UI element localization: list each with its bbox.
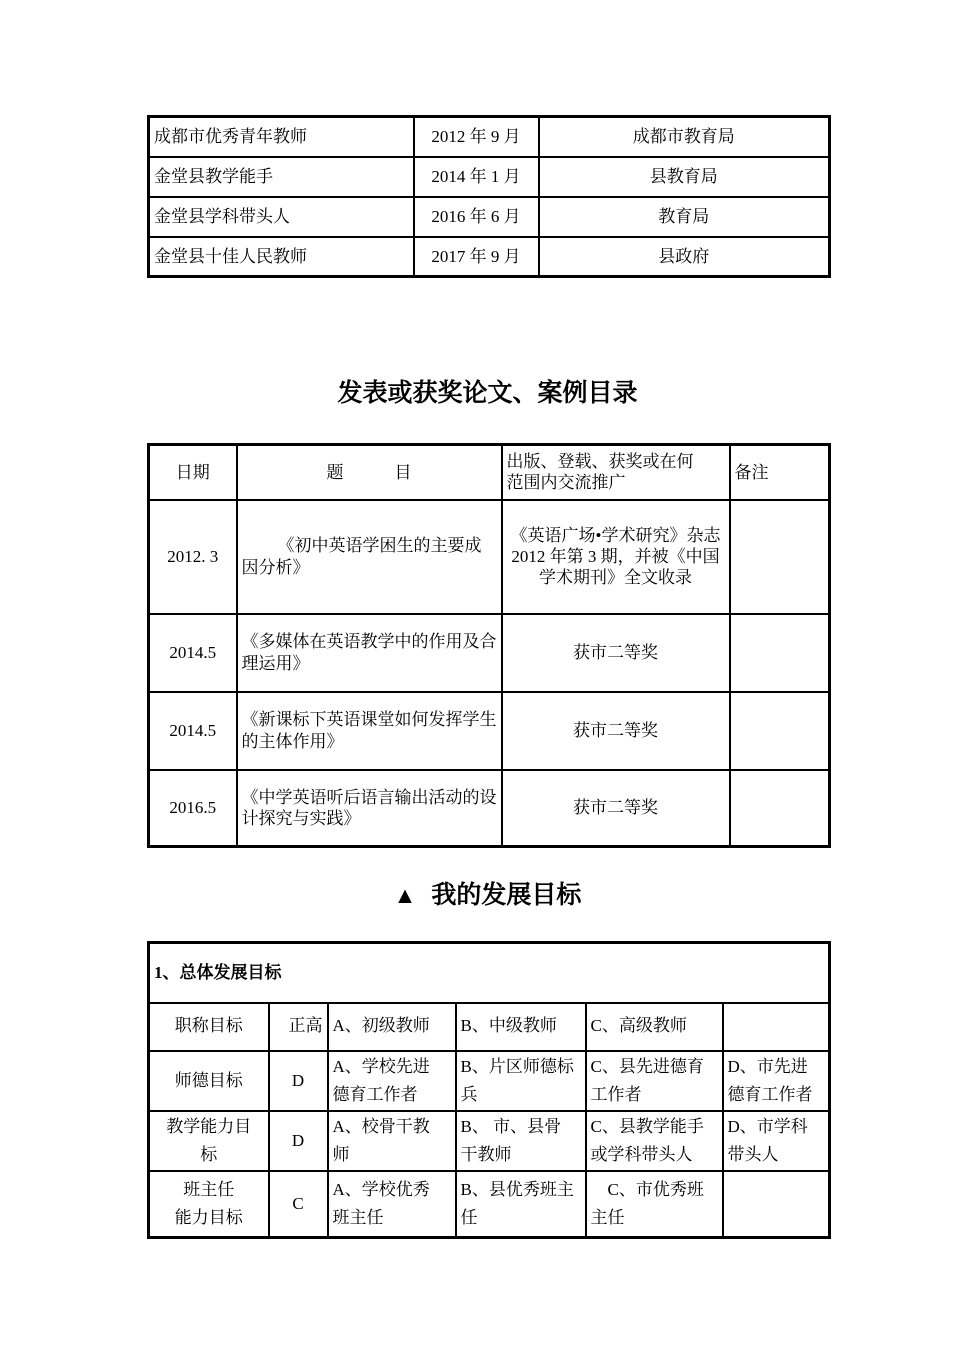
goal-category-cell: 班主任 能力目标 [149, 1171, 269, 1238]
award-row: 金堂县十佳人民教师 2017 年 9 月 县政府 [149, 237, 830, 277]
goal-category-cell: 职称目标 [149, 1003, 269, 1051]
award-issuer-cell: 县政府 [539, 237, 830, 277]
award-issuer-cell: 成都市教育局 [539, 117, 830, 157]
publications-section-title: 发表或获奖论文、案例目录 [147, 378, 828, 410]
goal-option-b-cell: B、中级教师 [456, 1003, 586, 1051]
award-issuer-cell: 县教育局 [539, 157, 830, 197]
header-title-cell: 题 目 [237, 445, 502, 500]
publication-title-cell: 《初中英语学困生的主要成 因分析》 [237, 500, 502, 614]
header-notes-cell: 备注 [730, 445, 830, 500]
publication-title-cell: 《多媒体在英语教学中的作用及合 理运用》 [237, 614, 502, 692]
goal-option-c-cell: C、高级教师 [586, 1003, 723, 1051]
goals-subsection-title-cell: 1、总体发展目标 [149, 943, 830, 1003]
goals-section-row: 1、总体发展目标 [149, 943, 830, 1003]
goal-row: 师德目标 D A、学校先进 德育工作者 B、片区师德标 兵 C、县先进德育 工作… [149, 1051, 830, 1111]
publications-table: 日期 题 目 出版、登载、获奖或在何 范围内交流推广 备注 2012. 3 《初… [147, 443, 831, 848]
award-row: 成都市优秀青年教师 2012 年 9 月 成都市教育局 [149, 117, 830, 157]
goal-option-b-cell: B、片区师德标 兵 [456, 1051, 586, 1111]
publication-row: 2016.5 《中学英语听后语言输出活动的设 计探究与实践》 获市二等奖 [149, 770, 830, 847]
publication-where-cell: 获市二等奖 [502, 770, 730, 847]
publication-title-cell: 《新课标下英语课堂如何发挥学生 的主体作用》 [237, 692, 502, 770]
goal-option-d-cell [723, 1171, 830, 1238]
goal-option-c-cell: C、市优秀班 主任 [586, 1171, 723, 1238]
publication-date-cell: 2016.5 [149, 770, 237, 847]
award-date-cell: 2016 年 6 月 [414, 197, 539, 237]
goal-option-d-cell [723, 1003, 830, 1051]
award-row: 金堂县教学能手 2014 年 1 月 县教育局 [149, 157, 830, 197]
award-name-cell: 金堂县学科带头人 [149, 197, 414, 237]
publication-date-cell: 2012. 3 [149, 500, 237, 614]
goal-category-cell: 师德目标 [149, 1051, 269, 1111]
publication-where-cell: 获市二等奖 [502, 614, 730, 692]
publication-where-cell: 《英语广场•学术研究》杂志 2012 年第 3 期，并被《中国 学术期刊》全文收… [502, 500, 730, 614]
triangle-bullet-icon: ▲ [394, 883, 417, 908]
goal-row: 班主任 能力目标 C A、学校优秀 班主任 B、县优秀班主 任 C、市优秀班 主… [149, 1171, 830, 1238]
goal-option-b-cell: B、县优秀班主 任 [456, 1171, 586, 1238]
goal-option-c-cell: C、县先进德育 工作者 [586, 1051, 723, 1111]
goal-option-a-cell: A、校骨干教 师 [328, 1111, 456, 1171]
goal-level-cell: 正高 [269, 1003, 328, 1051]
goal-level-cell: D [269, 1111, 328, 1171]
goal-option-a-cell: A、学校先进 德育工作者 [328, 1051, 456, 1111]
publications-header-row: 日期 题 目 出版、登载、获奖或在何 范围内交流推广 备注 [149, 445, 830, 500]
goal-row: 教学能力目 标 D A、校骨干教 师 B、 市、县骨 干教师 C、县教学能手 或… [149, 1111, 830, 1171]
goal-option-d-cell: D、市先进 德育工作者 [723, 1051, 830, 1111]
award-name-cell: 金堂县十佳人民教师 [149, 237, 414, 277]
publication-row: 2012. 3 《初中英语学困生的主要成 因分析》 《英语广场•学术研究》杂志 … [149, 500, 830, 614]
publication-date-cell: 2014.5 [149, 692, 237, 770]
goal-option-a-cell: A、初级教师 [328, 1003, 456, 1051]
goal-option-b-cell: B、 市、县骨 干教师 [456, 1111, 586, 1171]
goal-row: 职称目标 正高 A、初级教师 B、中级教师 C、高级教师 [149, 1003, 830, 1051]
goals-section-title: ▲我的发展目标 [147, 880, 828, 912]
award-date-cell: 2012 年 9 月 [414, 117, 539, 157]
goal-option-d-cell: D、市学科 带头人 [723, 1111, 830, 1171]
header-date-cell: 日期 [149, 445, 237, 500]
publication-notes-cell [730, 500, 830, 614]
award-name-cell: 成都市优秀青年教师 [149, 117, 414, 157]
award-row: 金堂县学科带头人 2016 年 6 月 教育局 [149, 197, 830, 237]
award-date-cell: 2014 年 1 月 [414, 157, 539, 197]
award-name-cell: 金堂县教学能手 [149, 157, 414, 197]
goal-option-c-cell: C、县教学能手 或学科带头人 [586, 1111, 723, 1171]
publication-row: 2014.5 《新课标下英语课堂如何发挥学生 的主体作用》 获市二等奖 [149, 692, 830, 770]
award-date-cell: 2017 年 9 月 [414, 237, 539, 277]
publication-notes-cell [730, 614, 830, 692]
goals-table: 1、总体发展目标 职称目标 正高 A、初级教师 B、中级教师 C、高级教师 师德… [147, 941, 831, 1239]
publication-title-cell: 《中学英语听后语言输出活动的设 计探究与实践》 [237, 770, 502, 847]
goal-level-cell: C [269, 1171, 328, 1238]
goals-title-text: 我的发展目标 [431, 882, 581, 909]
publication-date-cell: 2014.5 [149, 614, 237, 692]
publication-notes-cell [730, 770, 830, 847]
document-page: 成都市优秀青年教师 2012 年 9 月 成都市教育局 金堂县教学能手 2014… [0, 0, 960, 1357]
goal-level-cell: D [269, 1051, 328, 1111]
publication-notes-cell [730, 692, 830, 770]
header-publication-cell: 出版、登载、获奖或在何 范围内交流推广 [502, 445, 730, 500]
awards-table: 成都市优秀青年教师 2012 年 9 月 成都市教育局 金堂县教学能手 2014… [147, 115, 831, 278]
publication-where-cell: 获市二等奖 [502, 692, 730, 770]
goal-category-cell: 教学能力目 标 [149, 1111, 269, 1171]
goal-option-a-cell: A、学校优秀 班主任 [328, 1171, 456, 1238]
award-issuer-cell: 教育局 [539, 197, 830, 237]
publication-row: 2014.5 《多媒体在英语教学中的作用及合 理运用》 获市二等奖 [149, 614, 830, 692]
